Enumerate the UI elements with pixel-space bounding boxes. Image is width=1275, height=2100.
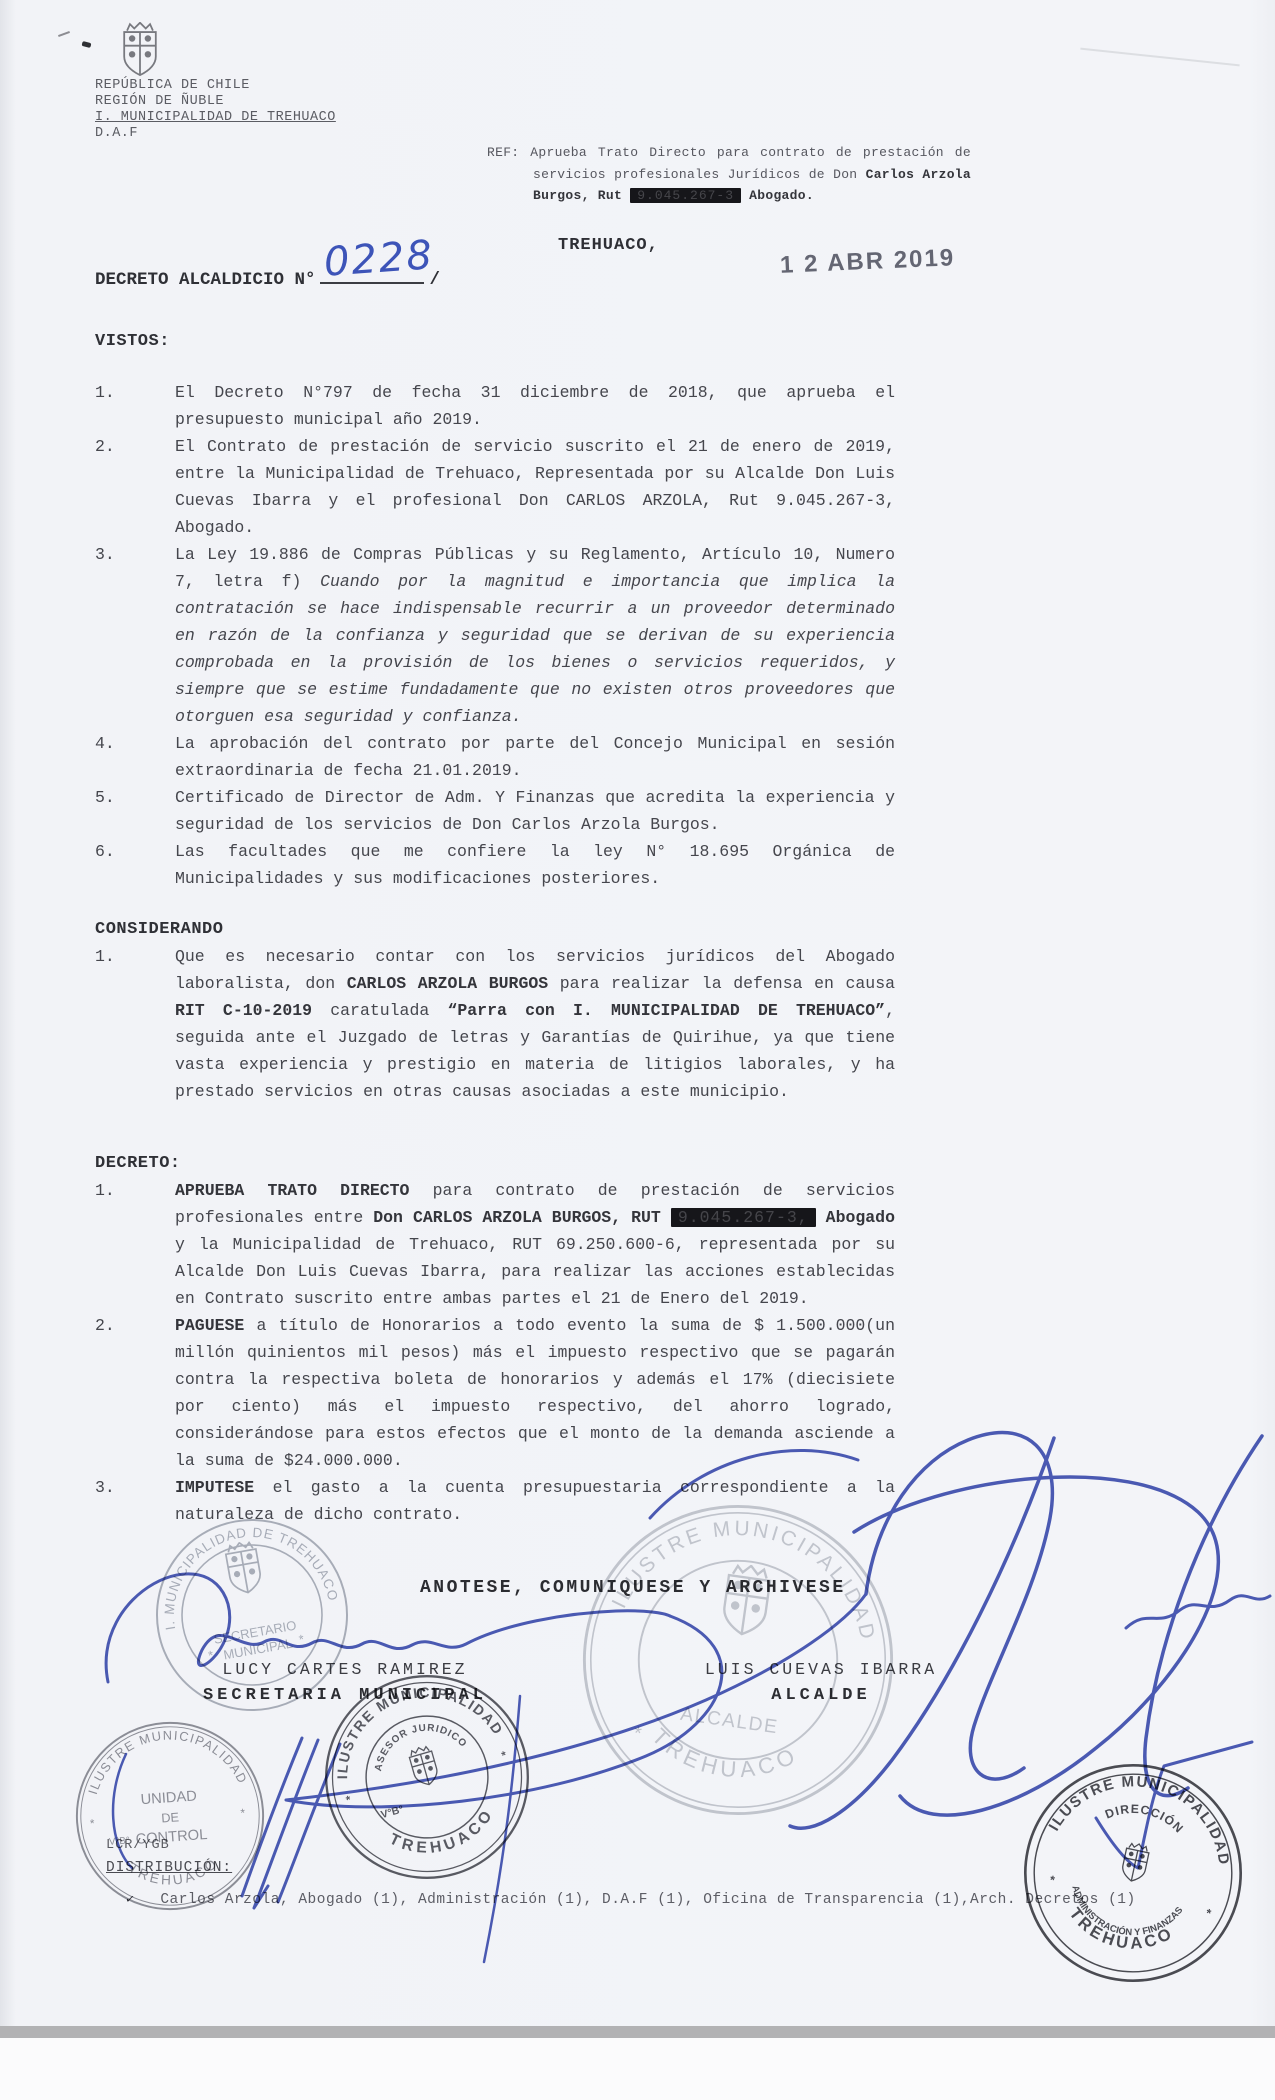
distribution-line: ✓Carlos Arzola, Abogado (1), Administrac… [126,1892,1136,1908]
stamp-star: * [345,1794,353,1807]
list-number: 1. [95,1177,175,1312]
list-text: Que es necesario contar con los servicio… [175,943,895,1105]
section-title: DECRETO: [95,1150,895,1177]
svg-text:DE: DE [161,1809,180,1825]
stamp-star: * [632,1723,643,1745]
list-number: 6. [95,838,175,892]
ref-paragraph: REF: Aprueba Trato Directo para contrato… [487,142,971,207]
list-item: 4.La aprobación del contrato por parte d… [95,730,895,784]
list-item: 5.Certificado de Director de Adm. Y Fina… [95,784,895,838]
stamp-star: * [500,1750,508,1763]
stamp-star: * [298,1631,306,1647]
list-text: Las facultades que me confiere la ley N°… [175,838,895,892]
letterhead-department: D.A.F [95,126,336,142]
list-number: 4. [95,730,175,784]
list-number: 2. [95,433,175,541]
scan-speck [82,41,92,48]
letterhead-municipality: I. MUNICIPALIDAD DE TREHUACO [95,110,336,126]
list-text: La Ley 19.886 de Compras Públicas y su R… [175,541,895,730]
scan-speck [58,31,70,37]
stamp-alcalde: ILUSTRE MUNICIPALIDAD TREHUACO ALCALDE * [557,1479,918,1840]
stamp-administracion-y-finanzas: ILUSTRE MUNICIPALIDAD TREHUACO DIRECCIÓN… [1001,1741,1264,2004]
list-item: 2.PAGUESE a título de Honorarios a todo … [95,1312,895,1474]
scanner-background [0,2038,1275,2100]
svg-text:ALCALDE: ALCALDE [679,1704,780,1739]
section-decreto: DECRETO: 1.APRUEBA TRATO DIRECTO para co… [95,1150,895,1528]
distribution-text: Carlos Arzola, Abogado (1), Administraci… [160,1892,1135,1908]
list-item: 1.Que es necesario contar con los servic… [95,943,895,1105]
svg-text:CONTROL: CONTROL [135,1827,208,1848]
section-title: VISTOS: [95,328,895,355]
decree-number-underline: 0228 [320,262,424,284]
list-number: 5. [95,784,175,838]
list-number: 1. [95,379,175,433]
list-item: 2.El Contrato de prestación de servicio … [95,433,895,541]
letterhead: REPÚBLICA DE CHILE REGIÓN DE ÑUBLE I. MU… [95,78,336,142]
letterhead-country: REPÚBLICA DE CHILE [95,78,336,94]
pen-stroke-alcalde-signature [1145,1436,1262,1796]
stamp-visto-bueno: V°B° [380,1803,405,1821]
scan-crease [1080,48,1239,67]
list-number: 3. [95,541,175,730]
stamp-visto-bueno: V°B° [109,1835,131,1847]
handwritten-decree-number: 0228 [322,232,435,286]
svg-text:UNIDAD: UNIDAD [140,1788,197,1808]
decree-label: DECRETO ALCALDICIO N° [95,270,316,290]
stamp-star: * [1205,1906,1213,1921]
stamp-unidad-de-control: ILUSTRE MUNICIPALIDAD TREHUACO UNIDAD DE… [65,1711,274,1920]
svg-text:TREHUACO: TREHUACO [643,1721,806,1792]
svg-text:ILUSTRE MUNICIPALIDAD: ILUSTRE MUNICIPALIDAD [81,1722,251,1797]
stamp-star: * [207,1647,215,1663]
section-considerando: CONSIDERANDO 1.Que es necesario contar c… [95,916,895,1105]
list-item: 1.El Decreto N°797 de fecha 31 diciembre… [95,379,895,433]
decree-number-line: DECRETO ALCALDICIO N°0228/ [95,262,440,290]
scanned-decree-page: REPÚBLICA DE CHILE REGIÓN DE ÑUBLE I. MU… [0,0,1275,2100]
list-text: La aprobación del contrato por parte del… [175,730,895,784]
scan-page-edge [0,2026,1275,2038]
city-line: TREHUACO, [558,236,659,255]
municipal-coat-of-arms-icon [118,22,162,78]
list-number: 3. [95,1474,175,1528]
section-vistos: VISTOS: 1.El Decreto N°797 de fecha 31 d… [95,328,895,892]
list-item: 3.La Ley 19.886 de Compras Públicas y su… [95,541,895,730]
list-text: APRUEBA TRATO DIRECTO para contrato de p… [175,1177,895,1312]
svg-text:ILUSTRE MUNICIPALIDAD: ILUSTRE MUNICIPALIDAD [607,1499,894,1647]
list-text: El Decreto N°797 de fecha 31 diciembre d… [175,379,895,433]
list-number: 1. [95,943,175,1105]
date-received-stamp: 1 2 ABR 2019 [779,244,955,280]
list-text: Certificado de Director de Adm. Y Finanz… [175,784,895,838]
section-title: CONSIDERANDO [95,916,895,943]
stamp-star: * [240,1807,246,1820]
list-item: 1.APRUEBA TRATO DIRECTO para contrato de… [95,1177,895,1312]
list-text: PAGUESE a título de Honorarios a todo ev… [175,1312,895,1474]
stamp-star: * [90,1817,96,1830]
list-text: El Contrato de prestación de servicio su… [175,433,895,541]
list-item: 6.Las facultades que me confiere la ley … [95,838,895,892]
letterhead-region: REGIÓN DE ÑUBLE [95,94,336,110]
pen-stroke-alcalde-zigzag [1126,1596,1270,1628]
svg-text:TREHUACO: TREHUACO [125,1854,223,1891]
stamp-star: * [1048,1873,1056,1888]
list-number: 2. [95,1312,175,1474]
